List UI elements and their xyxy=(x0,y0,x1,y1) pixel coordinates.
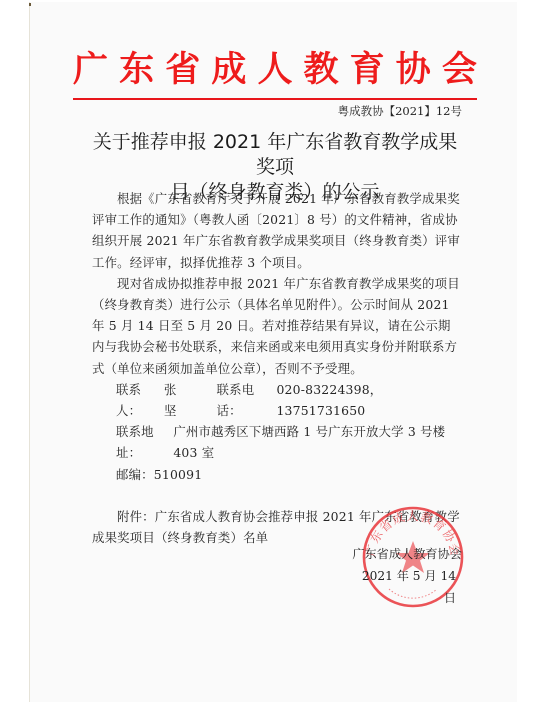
contact-phone: 020-83224398，13751731650 xyxy=(276,379,462,421)
contact-address: 广州市越秀区下塘西路 1 号广东开放大学 3 号楼 403 室 xyxy=(173,421,462,463)
masthead-char: 协 xyxy=(396,50,431,90)
contact-block: 联系人： 张坚 联系电话： 020-83224398，13751731650 联… xyxy=(92,379,462,485)
masthead-char: 东 xyxy=(119,50,154,90)
contact-address-label: 联系地址： xyxy=(116,421,173,463)
contact-phone-label: 联系电话： xyxy=(217,379,277,421)
contact-person-row: 联系人： 张坚 联系电话： 020-83224398，13751731650 xyxy=(116,379,462,421)
masthead-char: 教 xyxy=(304,50,339,90)
paragraph-background: 根据《广东省教育厅关于开展 2021 年广东省教育教学成果奖评审工作的通知》（粤… xyxy=(92,188,462,273)
masthead-char: 育 xyxy=(350,50,385,90)
contact-postcode-row: 邮编： 510091 xyxy=(116,464,462,485)
masthead-red-rule xyxy=(73,98,477,100)
contact-address-row: 联系地址： 广州市越秀区下塘西路 1 号广东开放大学 3 号楼 403 室 xyxy=(116,421,462,463)
signature-block: 广东省成人教育协会 2021 年 5 月 14 日 xyxy=(352,543,462,609)
paragraph-announcement: 现对省成协拟推荐申报 2021 年广东省教育教学成果奖的项目（终身教育类）进行公… xyxy=(92,273,462,379)
contact-person-label: 联系人： xyxy=(116,379,164,421)
signature-organization: 广东省成人教育协会 xyxy=(352,543,462,565)
document-number: 粤成教协【2021】12号 xyxy=(338,104,462,119)
signature-date: 2021 年 5 月 14 日 xyxy=(352,565,462,609)
notice-body: 根据《广东省教育厅关于开展 2021 年广东省教育教学成果奖评审工作的通知》（粤… xyxy=(92,188,462,548)
masthead-char: 省 xyxy=(165,50,200,90)
masthead-char: 广 xyxy=(73,50,108,90)
contact-postcode-label: 邮编： xyxy=(116,464,154,485)
contact-postcode: 510091 xyxy=(154,464,203,485)
contact-person: 张坚 xyxy=(164,379,188,421)
masthead-title: 广 东 省 成 人 教 育 协 会 xyxy=(73,50,477,90)
title-line-1: 关于推荐申报 2021 年广东省教育教学成果奖项 xyxy=(90,130,460,180)
masthead-char: 成 xyxy=(211,50,246,90)
scan-corner-mark xyxy=(29,3,31,6)
masthead-char: 人 xyxy=(257,50,292,90)
masthead-char: 会 xyxy=(442,50,477,90)
